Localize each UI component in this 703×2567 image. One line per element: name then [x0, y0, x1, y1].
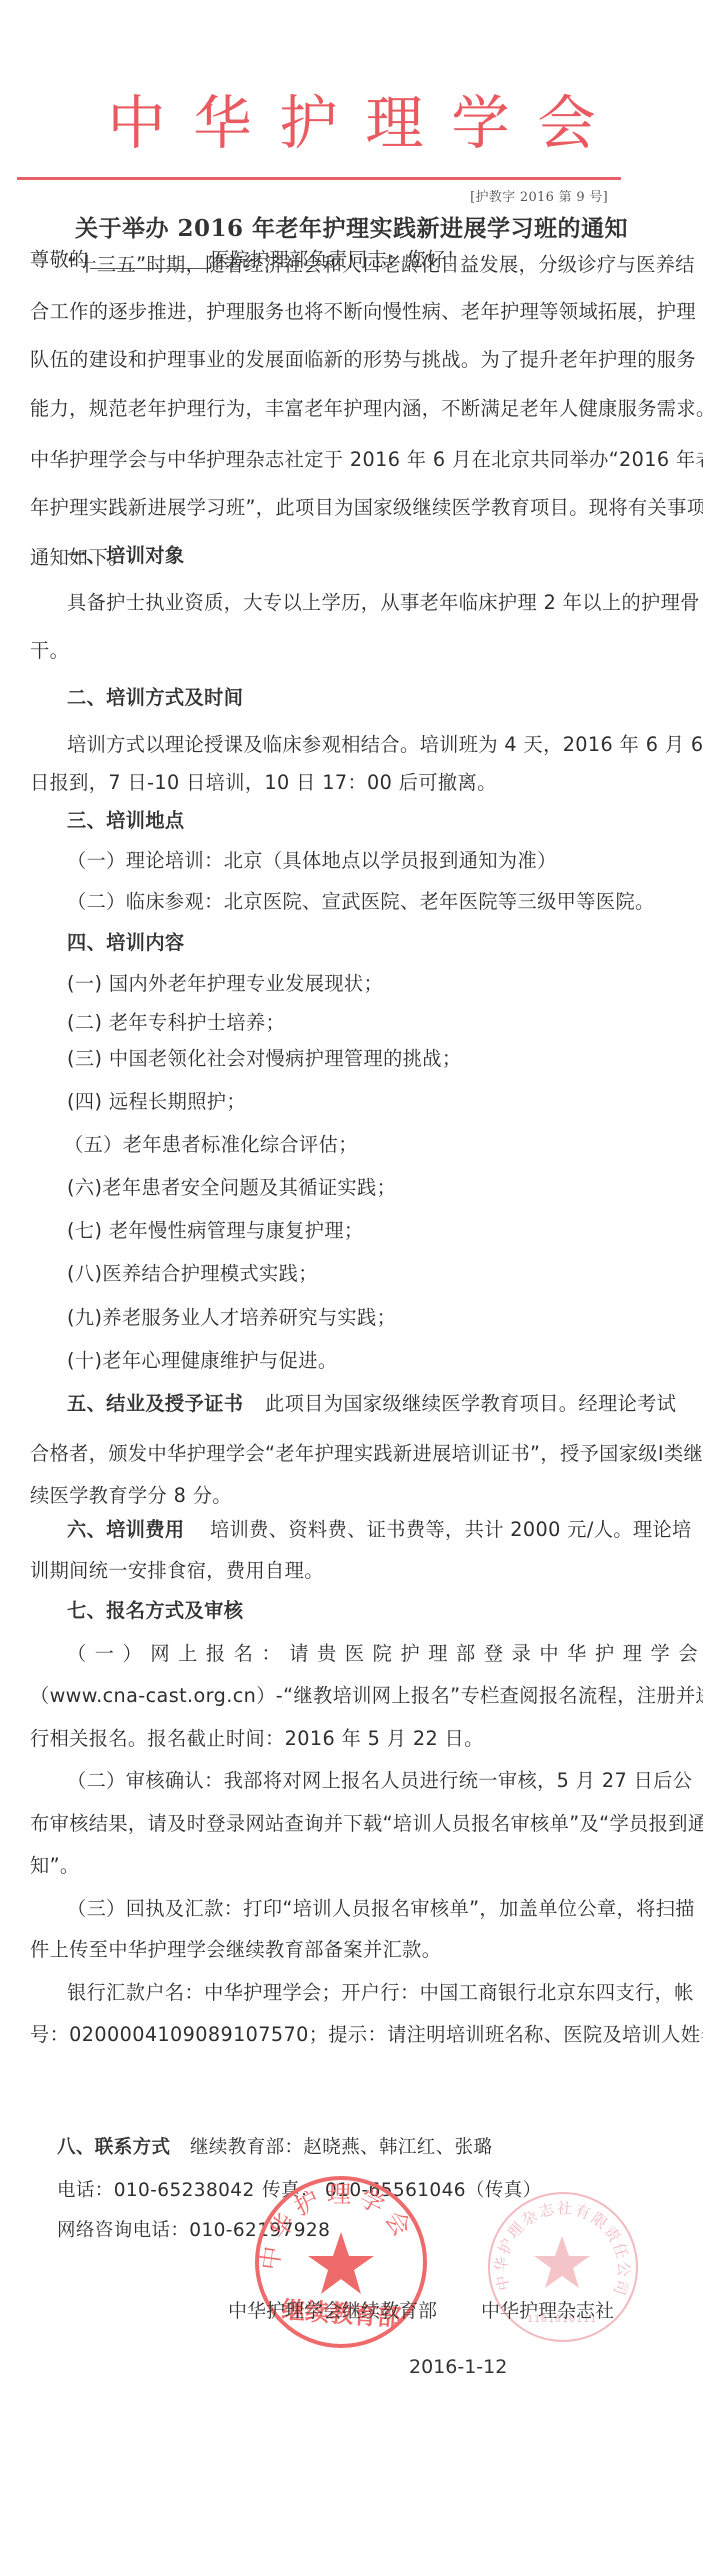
- intro-line: 队伍的建设和护理事业的发展面临新的形势与挑战。为了提升老年护理的服务: [30, 345, 696, 372]
- section-heading-8: 八、联系方式: [57, 2133, 170, 2159]
- training-content-item: (八)医养结合护理模式实践；: [67, 1259, 318, 1286]
- training-content-item: (七) 老年慢性病管理与康复护理；: [67, 1216, 364, 1243]
- intro-line: 年护理实践新进展学习班”，此项目为国家级继续医学教育项目。现将有关事项: [30, 493, 703, 520]
- training-content-item: (九)养老服务业人才培养研究与实践；: [67, 1303, 396, 1330]
- intro-line: 合工作的逐步推进，护理服务也将不断向慢性病、老年护理等领域拓展，护理: [30, 297, 696, 324]
- contact-phone: 电话：010-65238042: [57, 2176, 255, 2202]
- intro-line: “十三五”时期，随着经济社会和人口老龄化日益发展，分级诊疗与医养结: [67, 250, 695, 277]
- org-name-title: 中华护理学会: [0, 88, 703, 158]
- section-5-line: 合格者，颁发中华护理学会“老年护理实践新进展培训证书”，授予国家级I类继: [30, 1439, 703, 1466]
- training-content-item: （五）老年患者标准化综合评估；: [64, 1130, 358, 1157]
- section-7-line: 行相关报名。报名截止时间：2016 年 5 月 22 日。: [30, 1724, 484, 1751]
- section-heading-7: 七、报名方式及审核: [67, 1596, 243, 1623]
- training-content-item: (一) 国内外老年护理专业发展现状；: [67, 969, 383, 996]
- section-7-line: （一）网上报名：请贵医院护理部登录中华护理学会网站: [67, 1639, 703, 1666]
- training-content-item: (十)老年心理健康维护与促进。: [67, 1346, 337, 1373]
- section-7-line: 银行汇款户名：中华护理学会；开户行：中国工商银行北京东四支行，帐: [67, 1978, 694, 2005]
- training-content-item: (三) 中国老领化社会对慢病护理管理的挑战；: [67, 1044, 461, 1071]
- section-7-line: （三）回执及汇款：打印“培训人员报名审核单”，加盖单位公章，将扫描: [67, 1894, 695, 1921]
- section-7-line: 号：0200004109089107570；提示：请注明培训班名称、医院及培训人…: [30, 2020, 703, 2047]
- section-3-line: （二）临床参观：北京医院、宣武医院、老年医院等三级甲等医院。: [67, 887, 655, 914]
- section-5-line: 此项目为国家级继续医学教育项目。经理论考试: [265, 1389, 676, 1416]
- training-content-item: (四) 远程长期照护；: [67, 1087, 246, 1114]
- section-2-line: 培训方式以理论授课及临床参观相结合。培训班为 4 天，2016 年 6 月 6: [67, 730, 703, 757]
- section-7-line: 件上传至中华护理学会继续教育部备案并汇款。: [30, 1935, 441, 1962]
- signature-journal: 中华护理杂志社: [481, 2296, 614, 2323]
- section-heading-3: 三、培训地点: [67, 806, 185, 833]
- intro-line: 中华护理学会与中华护理杂志社定于 2016 年 6 月在北京共同举办“2016 …: [30, 445, 703, 472]
- section-3-line: （一）理论培训：北京（具体地点以学员报到通知为准）: [67, 846, 557, 873]
- section-7-line: 布审核结果，请及时登录网站查询并下载“培训人员报名审核单”及“学员报到通: [30, 1809, 703, 1836]
- section-heading-2: 二、培训方式及时间: [67, 683, 243, 710]
- section-heading-6: 六、培训费用: [67, 1515, 185, 1542]
- star-icon: [308, 2232, 374, 2294]
- section-7-line: 知”。: [30, 1851, 80, 1878]
- document-title: 关于举办 2016 年老年护理实践新进展学习班的通知: [0, 210, 703, 243]
- section-6-line: 培训费、资料费、证书费等，共计 2000 元/人。理论培: [210, 1515, 692, 1542]
- section-7-line: （www.cna-cast.org.cn）-“继教培训网上报名”专栏查阅报名流程…: [30, 1681, 703, 1708]
- training-content-item: (二) 老年专科护士培养；: [67, 1008, 285, 1035]
- header-red-rule: [17, 177, 621, 180]
- reference-number: [护教字 2016 第 9 号]: [470, 186, 608, 205]
- training-content-item: (六)老年患者安全问题及其循证实践；: [67, 1173, 396, 1200]
- section-6-line: 训期间统一安排食宿，费用自理。: [30, 1556, 324, 1583]
- section-2-line: 日报到，7 日-10 日培训，10 日 17：00 后可撤离。: [30, 768, 497, 795]
- signature-dept: 中华护理学会继续教育部: [228, 2296, 437, 2323]
- section-5-line: 续医学教育学分 8 分。: [30, 1481, 232, 1508]
- section-heading-5: 五、结业及授予证书: [67, 1389, 243, 1416]
- section-heading-1: 一、培训对象: [67, 541, 185, 568]
- section-7-line: （二）审核确认：我部将对网上报名人员进行统一审核，5 月 27 日后公: [67, 1766, 692, 1793]
- section-heading-4: 四、培训内容: [67, 928, 185, 955]
- section-1-line: 干。: [30, 636, 69, 663]
- signature-date: 2016-1-12: [409, 2356, 507, 2378]
- section-1-line: 具备护士执业资质，大专以上学历，从事老年临床护理 2 年以上的护理骨: [67, 588, 700, 615]
- contact-names: 继续教育部：赵晓燕、韩江红、张璐: [190, 2133, 492, 2159]
- star-icon: [534, 2236, 590, 2288]
- intro-line: 能力，规范老年护理行为，丰富老年护理内涵，不断满足老年人健康服务需求。: [30, 394, 703, 421]
